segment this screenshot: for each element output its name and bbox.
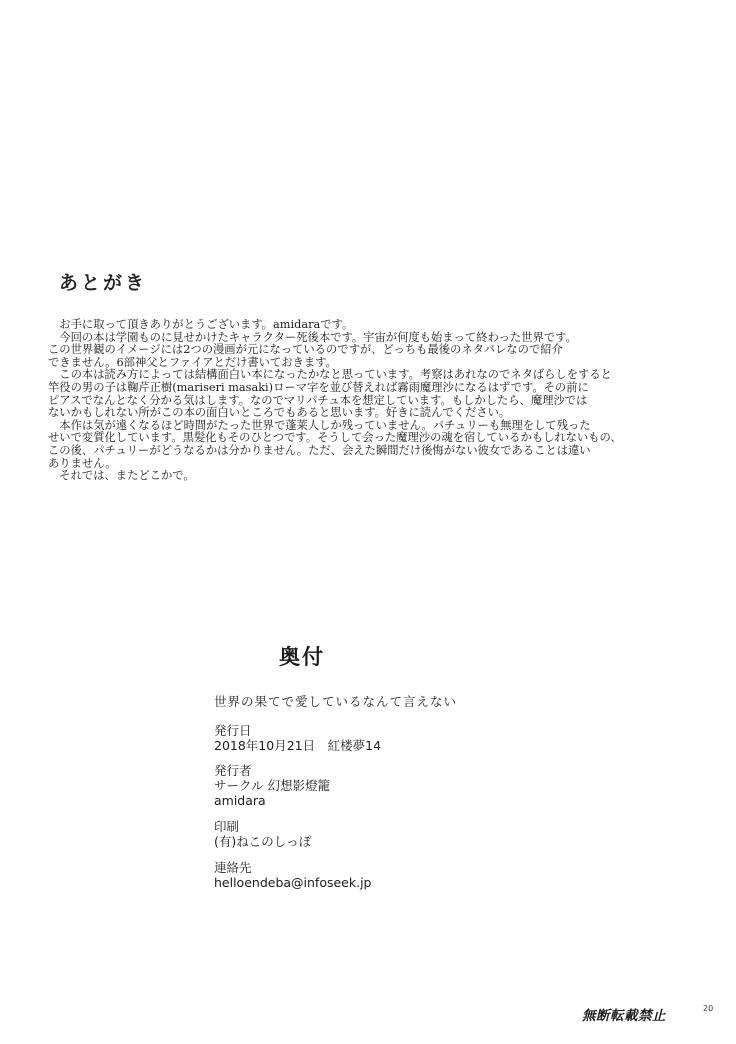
afterword-body: お手に取って頂きありがとうございます。amidaraです。 今回の本は学園ものに…: [48, 319, 698, 483]
printer-label: 印刷: [214, 819, 311, 834]
contact-email: helloendeba@infoseek.jp: [214, 875, 372, 890]
printer-value: (有)ねこのしっぽ: [214, 834, 311, 849]
afterword-line: 竿役の男の子は鞠芹正樹(mariseri masaki)ローマ字を並び替えれば霧…: [48, 382, 698, 395]
afterword-line: ないかもしれない所がこの本の面白いところでもあると思います。好きに読んでください…: [48, 407, 698, 420]
publication-date-value: 2018年10月21日 紅楼夢14: [214, 738, 381, 753]
no-reprint-notice: 無断転載禁止: [582, 1004, 666, 1024]
book-title: 世界の果てで愛しているなんて言えない: [214, 692, 457, 710]
publisher-label: 発行者: [214, 763, 330, 778]
afterword-line: お手に取って頂きありがとうございます。amidaraです。: [48, 319, 698, 332]
afterword-line: この世界観のイメージには2つの漫画が元になっているのですが、どっちも最後のネタバ…: [48, 344, 698, 357]
publication-date-block: 発行日 2018年10月21日 紅楼夢14: [214, 723, 381, 753]
printer-block: 印刷 (有)ねこのしっぽ: [214, 819, 311, 849]
afterword-line: この後、パチュリーがどうなるかは分かりません。ただ、会えた瞬間だけ後悔がない彼女…: [48, 445, 698, 458]
publisher-author: amidara: [214, 793, 330, 808]
colophon-title: 奥付: [279, 641, 325, 671]
afterword-title: あとがき: [59, 268, 147, 295]
contact-label: 連絡先: [214, 860, 372, 875]
page-number: 20: [703, 1004, 713, 1013]
contact-block: 連絡先 helloendeba@infoseek.jp: [214, 860, 372, 890]
afterword-line: それでは、またどこかで。: [48, 470, 698, 483]
publisher-block: 発行者 サークル 幻想影燈籠 amidara: [214, 763, 330, 808]
publisher-circle: サークル 幻想影燈籠: [214, 778, 330, 793]
publication-date-label: 発行日: [214, 723, 381, 738]
